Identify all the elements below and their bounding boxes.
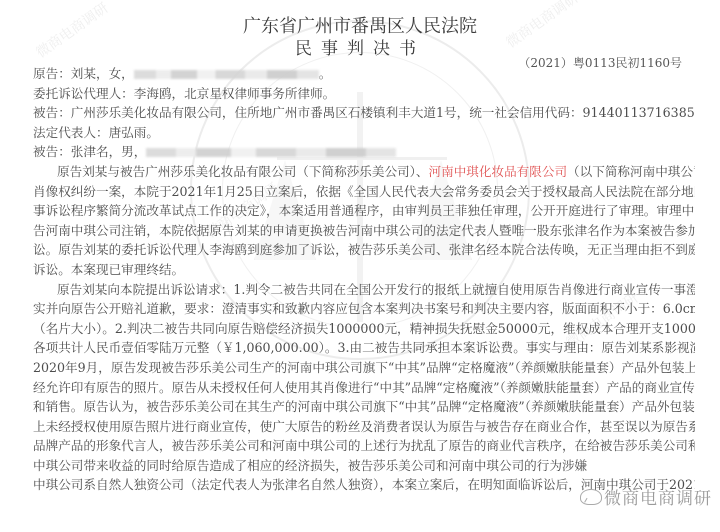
paragraph-line: 中琪公司带来收益的同时给原告造成了相应的经济损失，被告莎乐美公司和河南中琪公司的… <box>33 456 695 476</box>
paragraph-line: 原告刘某向本院提出诉讼请求：1.判令二被告共同在全国公开发行的报纸上就擅自使用原… <box>33 280 695 300</box>
paragraph-line: 肖像权纠纷一案，本院于2021年1月25日立案后，依据《全国人民代表大会常务委员… <box>33 182 695 202</box>
paragraph-line: 事诉讼程序繁简分流改革试点工作的决定》，本案适用普通程序，由审判员王菲独任审理，… <box>33 201 695 221</box>
agent-line: 委托诉讼代理人：李海鸥，北京星权律师事务所律师。 <box>33 84 695 104</box>
legal-rep-line: 法定代表人：唐弘雨。 <box>33 123 695 143</box>
paragraph-line: 实并向原告公开赔礼道歉，要求：澄清事实和致歉内容应包含本案判决书案号和判决主要内… <box>33 299 695 319</box>
paragraph-line: 诉讼。本案现已审理终结。 <box>33 260 695 280</box>
paragraph-line: （名片大小）。2.判决二被告共同向原告赔偿经济损失1000000元，精神损失抚慰… <box>33 319 695 339</box>
paragraph-line: 讼。原告刘某的委托诉讼代理人李海鸥到庭参加了诉讼，被告莎乐美公司、张津名经本院合… <box>33 240 695 260</box>
highlighted-company: 河南中琪化妆品有限公司 <box>429 164 568 179</box>
paragraph-line: 各项共计人民币壹佰零陆万元整（￥1,060,000.00）。3.由二被告共同承担… <box>33 338 695 358</box>
redacted-info <box>146 148 396 157</box>
chat-bubble-logo-icon <box>580 489 602 505</box>
paragraph-line: 上未经授权使用原告照片进行商业宣传，使广大原告的粉丝及消费者误认为原告与被告存在… <box>33 417 695 437</box>
defendant-person-line: 被告：张津名，男， <box>33 142 695 162</box>
paragraph-line: 和销售。原告认为，被告莎乐美公司在其生产的河南中琪公司旗下“中其”品牌“定格魔液… <box>33 397 695 417</box>
paragraph-line: 原告刘某与被告广州莎乐美化妆品有限公司（下简称莎乐美公司）、河南中琪化妆品有限公… <box>33 162 695 182</box>
paragraph-line: 品牌产品的形象代言人，被告莎乐美公司和河南中琪公司的上述行为扰乱了原告的商业代言… <box>33 436 695 456</box>
paragraph-line: 2020年9月，原告发现被告莎乐美公司生产的河南中琪公司旗下“中其”品牌“定格魔… <box>33 358 695 378</box>
redacted-info <box>134 70 319 79</box>
paragraph-line: 告河南中琪公司注销，本院依据原告刘某的申请更换被告河南中琪公司的法定代表人暨唯一… <box>33 221 695 241</box>
judgment-text: 原告：刘某，女，。 委托诉讼代理人：李海鸥，北京星权律师事务所律师。 被告：广州… <box>33 64 695 495</box>
source-watermark: 微商电商调研 <box>580 484 712 509</box>
paragraph-line: 经允许印有原告的照片。原告从未授权任何人使用其肖像进行“中其”品牌“定格魔液”（… <box>33 378 695 398</box>
defendant-company-line: 被告：广州莎乐美化妆品有限公司，住所地广州市番禺区石楼镇利丰大道1号，统一社会信… <box>33 103 695 123</box>
plaintiff-line: 原告：刘某，女，。 <box>33 64 695 84</box>
